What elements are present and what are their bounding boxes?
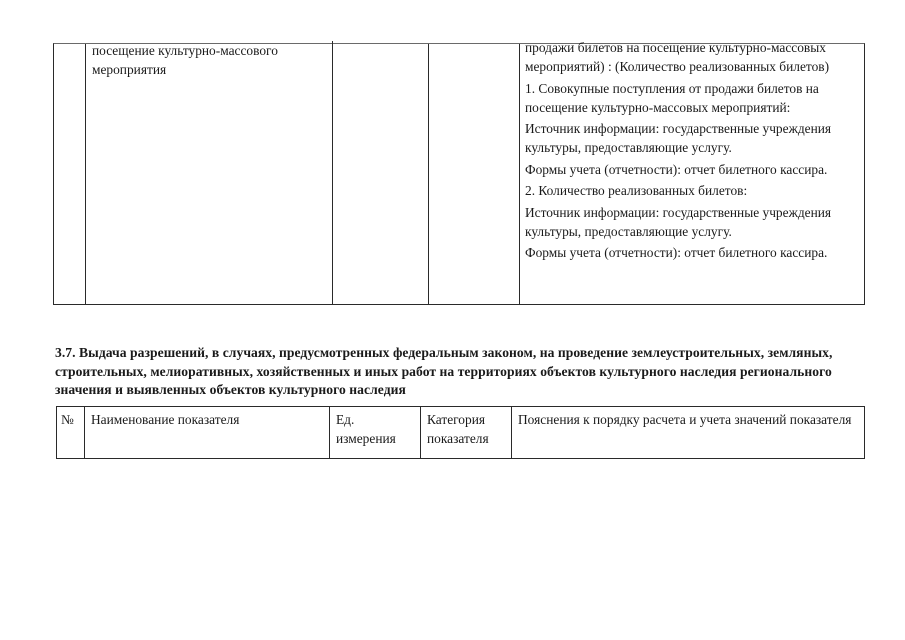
indicator-name-cell: посещение культурно-массового мероприяти… bbox=[86, 41, 333, 304]
header-explanation: Пояснения к порядку расчета и учета знач… bbox=[512, 407, 864, 458]
header-unit: Ед. измерения bbox=[330, 407, 421, 458]
header-indicator-name: Наименование показателя bbox=[85, 407, 330, 458]
explanation-paragraph: Формы учета (отчетности): отчет билетног… bbox=[525, 160, 862, 179]
indicators-table-header: № Наименование показателя Ед. измерения … bbox=[56, 406, 865, 459]
explanation-paragraph: 1. Совокупные поступления от продажи бил… bbox=[525, 79, 862, 117]
explanation-paragraph: Формы учета (отчетности): отчет билетног… bbox=[525, 243, 862, 262]
category-cell bbox=[429, 44, 520, 304]
explanation-paragraph: Источник информации: государственные учр… bbox=[525, 119, 862, 157]
header-number: № bbox=[57, 407, 85, 458]
header-category: Категория показателя bbox=[421, 407, 512, 458]
unit-cell bbox=[333, 44, 429, 304]
row-number-cell bbox=[54, 44, 86, 304]
section-heading: 3.7. Выдача разрешений, в случаях, преду… bbox=[55, 344, 875, 400]
explanation-paragraph: продажи билетов на посещение культурно-м… bbox=[525, 38, 862, 76]
indicators-table-continued: посещение культурно-массового мероприяти… bbox=[53, 43, 865, 305]
explanation-paragraph: 2. Количество реализованных билетов: bbox=[525, 181, 862, 200]
document-page: посещение культурно-массового мероприяти… bbox=[0, 0, 905, 640]
explanation-paragraph: Источник информации: государственные учр… bbox=[525, 203, 862, 241]
explanation-cell: продажи билетов на посещение культурно-м… bbox=[520, 38, 864, 304]
